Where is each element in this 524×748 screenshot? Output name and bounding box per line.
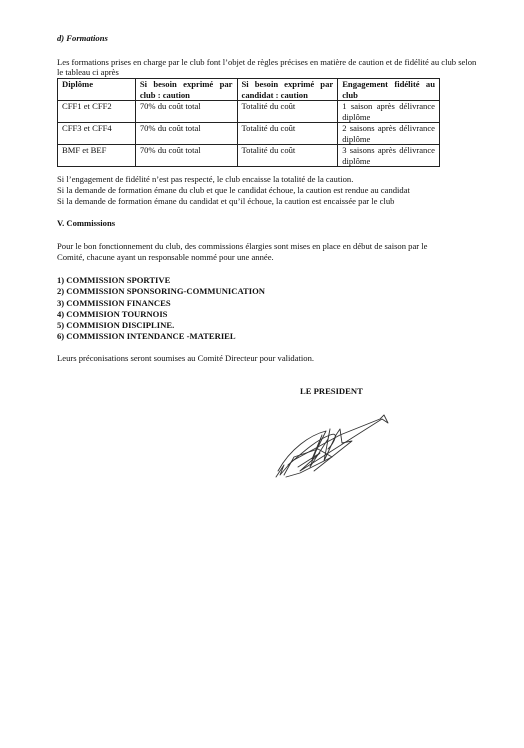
table-cell: CFF3 et CFF4	[58, 123, 136, 145]
header-cell: Diplôme	[58, 79, 136, 101]
section-d-intro-line1: Les formations prises en charge par le c…	[57, 57, 476, 68]
table-cell: Totalité du coût	[237, 101, 338, 123]
section-d-intro-line2: le tableau ci après	[57, 67, 119, 78]
table-cell: CFF1 et CFF2	[58, 101, 136, 123]
signature-icon	[270, 405, 410, 485]
table-cell: BMF et BEF	[58, 145, 136, 167]
table-header-row: Diplôme Si besoin exprimé par club : cau…	[58, 79, 440, 101]
commission-item: 2) COMMISSION SPONSORING-COMMUNICATION	[57, 286, 265, 297]
table-cell: 70% du coût total	[135, 145, 237, 167]
table-row: CFF1 et CFF2 70% du coût total Totalité …	[58, 101, 440, 123]
table-cell: 70% du coût total	[135, 123, 237, 145]
signature-title: LE PRESIDENT	[300, 386, 363, 397]
closing-text: Leurs préconisations seront soumises au …	[57, 353, 314, 364]
rule-1: Si l’engagement de fidélité n’est pas re…	[57, 174, 353, 185]
table-cell: Totalité du coût	[237, 145, 338, 167]
table-cell: 70% du coût total	[135, 101, 237, 123]
header-cell: Si besoin exprimé par candidat : caution	[237, 79, 338, 101]
table-row: BMF et BEF 70% du coût total Totalité du…	[58, 145, 440, 167]
commissions-list: 1) COMMISSION SPORTIVE 2) COMMISSION SPO…	[57, 275, 265, 343]
commission-item: 3) COMMISSION FINANCES	[57, 298, 265, 309]
section-d-heading: d) Formations	[57, 33, 108, 44]
table-cell: 1 saison après délivrance diplôme	[338, 101, 440, 123]
rule-3: Si la demande de formation émane du cand…	[57, 196, 394, 207]
table-cell: 2 saisons après délivrance diplôme	[338, 123, 440, 145]
commission-item: 6) COMMISSION INTENDANCE -MATERIEL	[57, 331, 265, 342]
commission-item: 4) COMMISION TOURNOIS	[57, 309, 265, 320]
formations-table: Diplôme Si besoin exprimé par club : cau…	[57, 78, 440, 167]
header-cell: Engagement fidélité au club	[338, 79, 440, 101]
section-v-intro-line1: Pour le bon fonctionnement du club, des …	[57, 241, 428, 252]
table-cell: 3 saisons après délivrance diplôme	[338, 145, 440, 167]
header-cell: Si besoin exprimé par club : caution	[135, 79, 237, 101]
section-v-intro-line2: Comité, chacune ayant un responsable nom…	[57, 252, 274, 263]
commission-item: 1) COMMISSION SPORTIVE	[57, 275, 265, 286]
section-v-heading: V. Commissions	[57, 218, 115, 229]
table-cell: Totalité du coût	[237, 123, 338, 145]
commission-item: 5) COMMISION DISCIPLINE.	[57, 320, 265, 331]
table-row: CFF3 et CFF4 70% du coût total Totalité …	[58, 123, 440, 145]
rule-2: Si la demande de formation émane du club…	[57, 185, 410, 196]
